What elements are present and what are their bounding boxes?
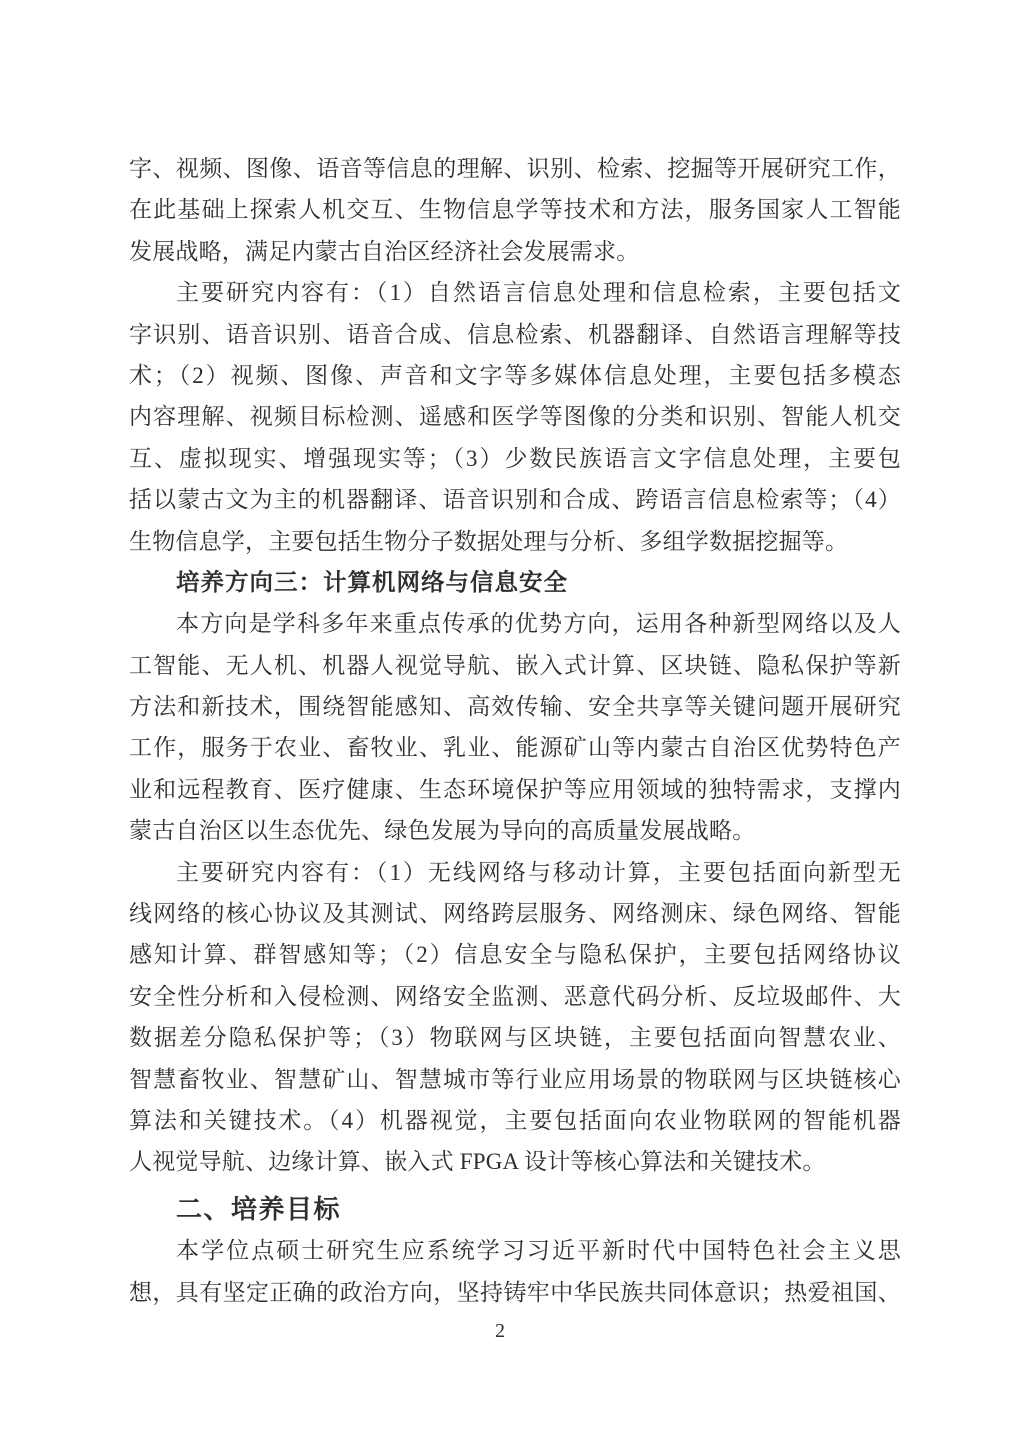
text-line: 术；（2）视频、图像、声音和文字等多媒体信息处理，主要包括多模态	[129, 355, 901, 396]
text-line: 在此基础上探索人机交互、生物信息学等技术和方法，服务国家人工智能	[129, 189, 901, 230]
text-line: 智慧畜牧业、智慧矿山、智慧城市等行业应用场景的物联网与区块链核心	[129, 1059, 901, 1100]
text-line: 安全性分析和入侵检测、网络安全监测、恶意代码分析、反垃圾邮件、大	[129, 976, 901, 1017]
section-heading: 培养方向三：计算机网络与信息安全	[129, 562, 901, 603]
text-line: 工智能、无人机、机器人视觉导航、嵌入式计算、区块链、隐私保护等新	[129, 645, 901, 686]
page-number: 2	[0, 1320, 1000, 1343]
text-line: 想，具有坚定正确的政治方向，坚持铸牢中华民族共同体意识；热爱祖国、	[129, 1272, 901, 1313]
text-line: 蒙古自治区以生态优先、绿色发展为导向的高质量发展战略。	[129, 810, 901, 851]
text-line: 数据差分隐私保护等；（3）物联网与区块链，主要包括面向智慧农业、	[129, 1017, 901, 1058]
section-heading: 二、培养目标	[129, 1189, 901, 1230]
text-line: 主要研究内容有：（1）自然语言信息处理和信息检索，主要包括文	[129, 272, 901, 313]
text-line: 主要研究内容有：（1）无线网络与移动计算，主要包括面向新型无	[129, 852, 901, 893]
text-line: 互、虚拟现实、增强现实等；（3）少数民族语言文字信息处理，主要包	[129, 438, 901, 479]
document-page: 字、视频、图像、语音等信息的理解、识别、检索、挖掘等开展研究工作，在此基础上探索…	[0, 0, 1024, 1448]
text-line: 工作，服务于农业、畜牧业、乳业、能源矿山等内蒙古自治区优势特色产	[129, 727, 901, 768]
document-content: 字、视频、图像、语音等信息的理解、识别、检索、挖掘等开展研究工作，在此基础上探索…	[129, 148, 901, 1313]
text-line: 算法和关键技术。（4）机器视觉，主要包括面向农业物联网的智能机器	[129, 1100, 901, 1141]
text-line: 本方向是学科多年来重点传承的优势方向，运用各种新型网络以及人	[129, 603, 901, 644]
text-line: 发展战略，满足内蒙古自治区经济社会发展需求。	[129, 231, 901, 272]
text-line: 本学位点硕士研究生应系统学习习近平新时代中国特色社会主义思	[129, 1230, 901, 1271]
text-line: 方法和新技术，围绕智能感知、高效传输、安全共享等关键问题开展研究	[129, 686, 901, 727]
text-line: 字识别、语音识别、语音合成、信息检索、机器翻译、自然语言理解等技	[129, 314, 901, 355]
text-line: 生物信息学，主要包括生物分子数据处理与分析、多组学数据挖掘等。	[129, 521, 901, 562]
text-line: 字、视频、图像、语音等信息的理解、识别、检索、挖掘等开展研究工作，	[129, 148, 901, 189]
text-line: 感知计算、群智感知等；（2）信息安全与隐私保护，主要包括网络协议	[129, 934, 901, 975]
text-line: 线网络的核心协议及其测试、网络跨层服务、网络测床、绿色网络、智能	[129, 893, 901, 934]
text-line: 人视觉导航、边缘计算、嵌入式 FPGA 设计等核心算法和关键技术。	[129, 1141, 901, 1182]
text-line: 内容理解、视频目标检测、遥感和医学等图像的分类和识别、智能人机交	[129, 396, 901, 437]
text-line: 业和远程教育、医疗健康、生态环境保护等应用领域的独特需求，支撑内	[129, 769, 901, 810]
text-line: 括以蒙古文为主的机器翻译、语音识别和合成、跨语言信息检索等；（4）	[129, 479, 901, 520]
